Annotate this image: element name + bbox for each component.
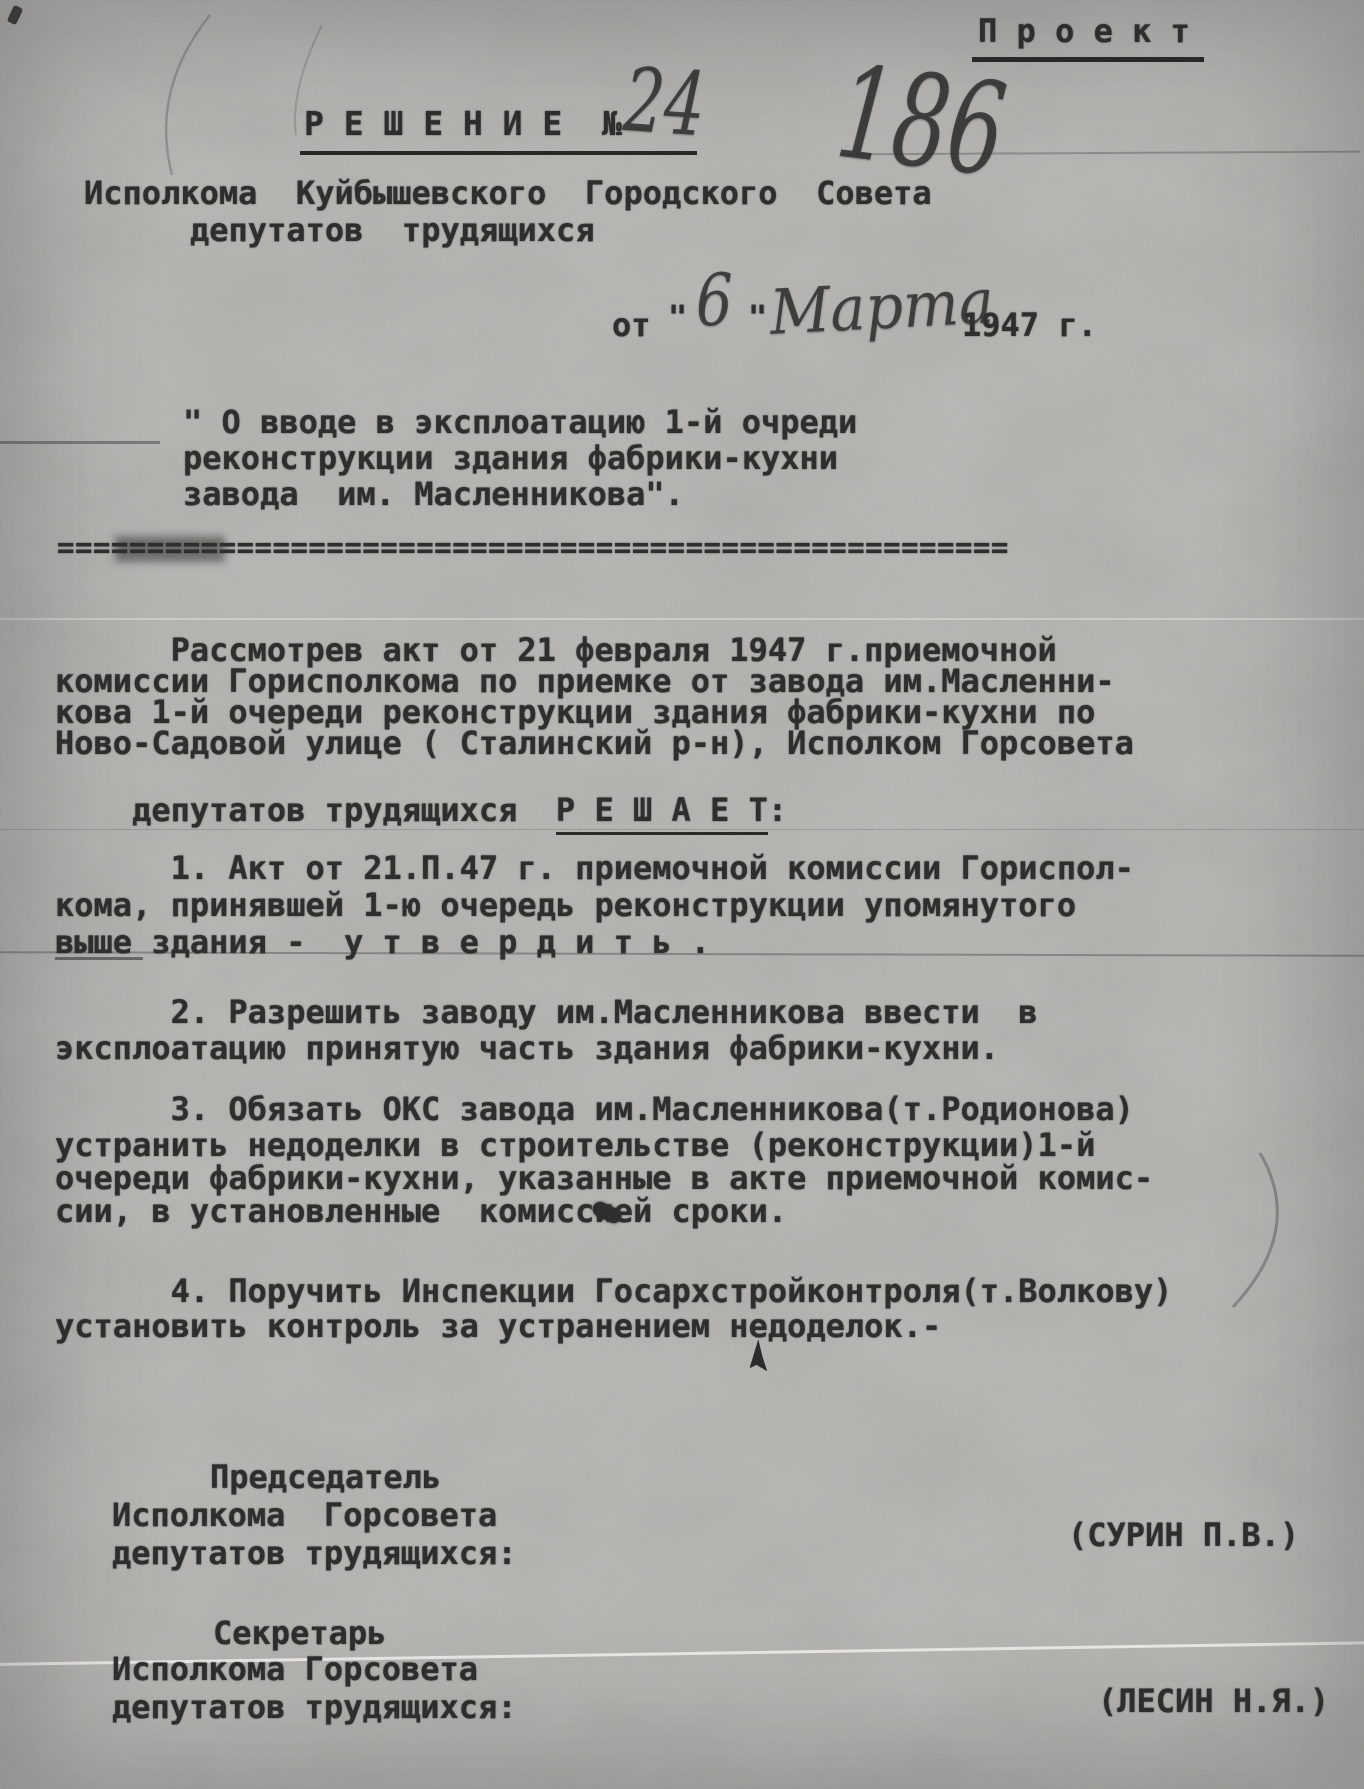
divider-line: ========================================… bbox=[57, 531, 1009, 563]
pen-curve-mark bbox=[1205, 1145, 1315, 1325]
item1-line-1: 1. Акт от 21.П.47 г. приемочной комиссии… bbox=[55, 851, 1134, 887]
signature2-role-line-3: депутатов трудящихся: bbox=[112, 1690, 517, 1726]
crease-line-light-1 bbox=[0, 618, 1364, 620]
document-page: П р о е к т 186 Р Е Ш Е Н И Е № 24 Испол… bbox=[0, 0, 1364, 1789]
corner-speck-mark bbox=[7, 5, 24, 26]
issuer-line-1: Исполкома Куйбышевского Городского Совет… bbox=[84, 176, 932, 212]
item1-line-3: выше здания - у т в е р д и т ь . bbox=[55, 925, 710, 961]
item2-line-2: эксплоатацию принятую часть здания фабри… bbox=[55, 1031, 999, 1067]
signatory1-name: (СУРИН П.В.) bbox=[1068, 1518, 1299, 1554]
signature1-role-line-2: Исполкома Горсовета bbox=[112, 1498, 497, 1534]
date-open-quote: " bbox=[668, 300, 687, 336]
issuer-line-2: депутатов трудящихся bbox=[190, 213, 595, 249]
item4-line-2: установить контроль за устранением недод… bbox=[55, 1309, 941, 1345]
subject-line-1: " О вводе в эксплоатацию 1-й очреди bbox=[183, 405, 857, 441]
date-close-quote: " bbox=[748, 300, 767, 336]
subject-line-2: реконструкции здания фабрики-кухни bbox=[183, 441, 838, 477]
resolve-colon: : bbox=[768, 791, 787, 829]
item3-line-4: сии, в установленные комиссией сроки. bbox=[55, 1194, 787, 1230]
dash-mark-left bbox=[0, 441, 160, 444]
item4-line-1: 4. Поручить Инспекции Госархстройконтрол… bbox=[55, 1274, 1172, 1310]
item3-line-1: 3. Обязать ОКС завода им.Масленникова(т.… bbox=[55, 1092, 1134, 1128]
date-word-from: от bbox=[612, 308, 651, 344]
signature2-role-line-1: Секретарь bbox=[213, 1616, 386, 1652]
date-month-handwritten: Марта bbox=[768, 264, 996, 349]
registry-number-handwritten: 186 bbox=[830, 38, 1013, 206]
draft-stamp: П р о е к т bbox=[972, 14, 1204, 62]
signatory2-name: (ЛЕСИН Н.Я.) bbox=[1098, 1684, 1329, 1720]
preamble-resolve-prefix: депутатов трудящихся bbox=[132, 791, 556, 829]
signature1-role-line-3: депутатов трудящихся: bbox=[112, 1536, 517, 1572]
resolve-word: Р Е Ш А Е Т bbox=[556, 791, 768, 835]
signature2-role-line-2: Исполкома Горсовета bbox=[112, 1652, 478, 1688]
item1-line-2: кома, принявшей 1-ю очередь реконструкци… bbox=[55, 888, 1076, 924]
item2-line-1: 2. Разрешить заводу им.Масленникова ввес… bbox=[55, 995, 1038, 1031]
date-day-handwritten: 6 bbox=[696, 258, 733, 342]
topleft-scratch-lines bbox=[60, 0, 360, 200]
subject-line-3: завода им. Масленникова". bbox=[183, 477, 684, 513]
decision-number-handwritten: 24 bbox=[621, 48, 709, 156]
signature1-role-line-1: Председатель bbox=[210, 1460, 441, 1496]
